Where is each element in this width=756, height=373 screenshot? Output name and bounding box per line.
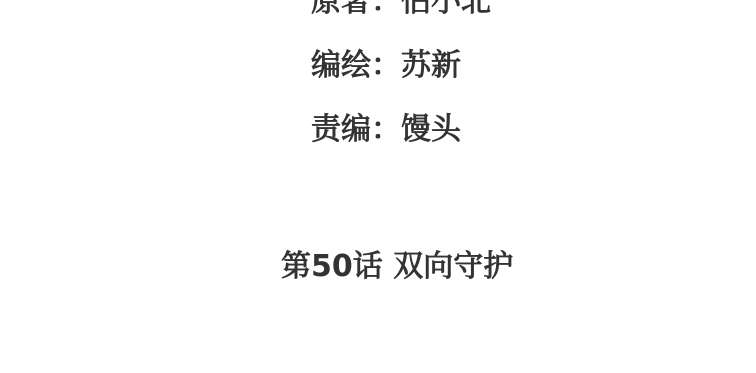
credit-line-artist: 编绘：苏新 xyxy=(311,51,491,81)
credit-line-editor: 责编：馒头 xyxy=(311,115,491,145)
credits-block: 原著：伯小北 编绘：苏新 责编：馒头 xyxy=(311,0,491,179)
credit-line-original-author: 原著：伯小北 xyxy=(311,0,491,17)
chapter-title: 第50话 双向守护 xyxy=(281,252,513,282)
comic-credits-page: 原著：伯小北 编绘：苏新 责编：馒头 第50话 双向守护 xyxy=(0,0,756,373)
